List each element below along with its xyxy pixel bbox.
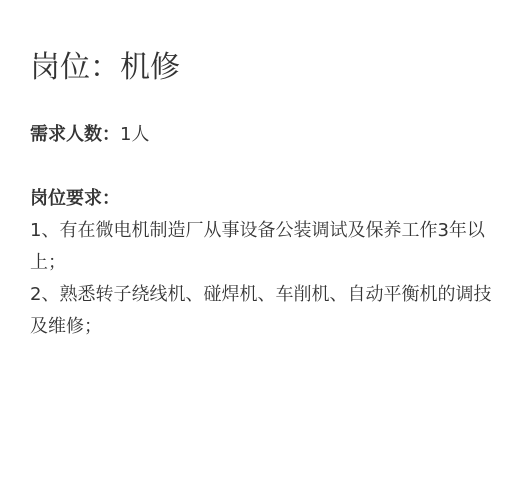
job-title: 岗位：机修 [30,48,180,88]
headcount-row: 需求人数：1人 [30,119,149,151]
headcount-label: 需求人数： [30,124,120,145]
requirements-heading: 岗位要求： [30,183,500,215]
requirement-item: 2、熟悉转子绕线机、碰焊机、车削机、自动平衡机的调技及维修； [30,279,500,343]
requirement-item: 1、有在微电机制造厂从事设备公装调试及保养工作3年以上； [30,215,500,279]
job-posting: 岗位：机修 需求人数：1人 岗位要求： 1、有在微电机制造厂从事设备公装调试及保… [0,0,532,500]
headcount-value: 1人 [120,124,149,145]
requirements-section: 岗位要求： 1、有在微电机制造厂从事设备公装调试及保养工作3年以上； 2、熟悉转… [30,183,500,343]
